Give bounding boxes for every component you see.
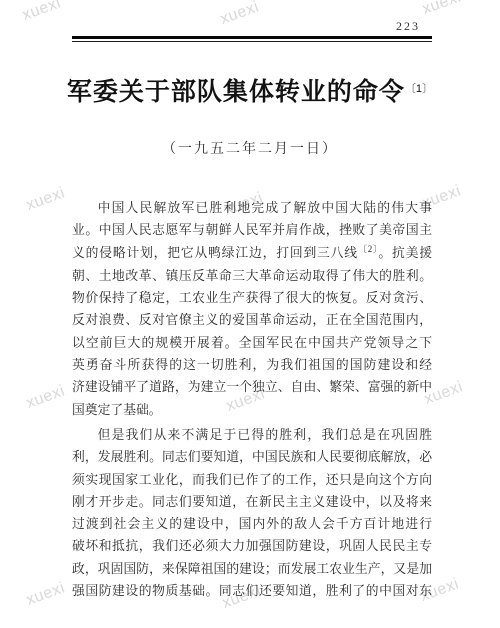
document-body: 中国人民解放军已胜利地完成了解放中国大陆的伟大事业。中国人民志愿军与朝鲜人民军并… <box>72 197 432 602</box>
text-line: 义的侵略计划，把它从鸭绿江边，打回到三八线〔2〕。抗美援 <box>72 242 432 265</box>
text-line: 须实现国家工业化，而我们已作了的工作，还只是向这个方向 <box>72 469 432 491</box>
text-line: 政，巩固国防，来保障祖国的建设；而发展工农业生产，又是加 <box>72 558 432 580</box>
text-line: 中国人民解放军已胜利地完成了解放中国大陆的伟大事 <box>72 197 432 219</box>
document-page: xuexixuexixuexixuexixuexixuexixuexixuexi… <box>0 0 500 628</box>
paragraph: 中国人民解放军已胜利地完成了解放中国大陆的伟大事业。中国人民志愿军与朝鲜人民军并… <box>72 197 432 421</box>
page-number: 223 <box>396 19 420 34</box>
date-line: （一九五二年二月一日） <box>0 138 500 158</box>
watermark-text: xuexi <box>420 0 464 19</box>
text-line: 刚才开步走。同志们要知道，在新民主主义建设中，以及将来 <box>72 491 432 513</box>
text-line: 但是我们从来不满足于已得的胜利，我们总是在巩固胜 <box>72 424 432 446</box>
footnote-ref-2: 〔2〕 <box>358 244 378 254</box>
watermark-text: xuexi <box>24 579 68 610</box>
header-rule <box>72 36 432 42</box>
paragraph: 但是我们从来不满足于已得的胜利，我们总是在巩固胜利，发展胜利。同志们要知道，中国… <box>72 424 432 602</box>
text-line: 反对浪费、反对官僚主义的爱国革命运动，正在全国范围内， <box>72 309 432 331</box>
text-line: 以空前巨大的规模开展着。全国军民在中国共产党领导之下 <box>72 332 432 354</box>
text-line: 国奠定了基础。 <box>72 399 432 421</box>
text-line: 济建设铺平了道路，为建立一个独立、自由、繁荣、富强的新中 <box>72 376 432 398</box>
text-line: 英勇奋斗所获得的这一切胜利，为我们祖国的国防建设和经 <box>72 354 432 376</box>
text-line: 朝、土地改革、镇压反革命三大革命运动取得了伟大的胜利。 <box>72 265 432 287</box>
watermark-text: xuexi <box>24 184 68 215</box>
document-title-text: 军委关于部队集体转业的命令 <box>67 78 405 106</box>
watermark-text: xuexi <box>20 0 64 25</box>
text-line: 过渡到社会主义的建设中，国内外的敌人会千方百计地进行 <box>72 513 432 535</box>
text-line: 强国防建设的物质基础。同志们还要知道，胜利了的中国对东 <box>72 580 432 602</box>
text-line: 物价保持了稳定，工农业生产获得了很大的恢复。反对贪污、 <box>72 287 432 309</box>
text-line: 破坏和抵抗，我们还必须大力加强国防建设，巩固人民民主专 <box>72 535 432 557</box>
text-line: 业。中国人民志愿军与朝鲜人民军并肩作战，挫败了美帝国主 <box>72 219 432 241</box>
text-line: 利，发展胜利。同志们要知道，中国民族和人民要彻底解放，必 <box>72 446 432 468</box>
document-title: 军委关于部队集体转业的命令〔1〕 <box>40 72 460 108</box>
footnote-ref-1: 〔1〕 <box>405 83 433 95</box>
watermark-text: xuexi <box>24 382 68 413</box>
watermark-text: xuexi <box>218 0 262 29</box>
